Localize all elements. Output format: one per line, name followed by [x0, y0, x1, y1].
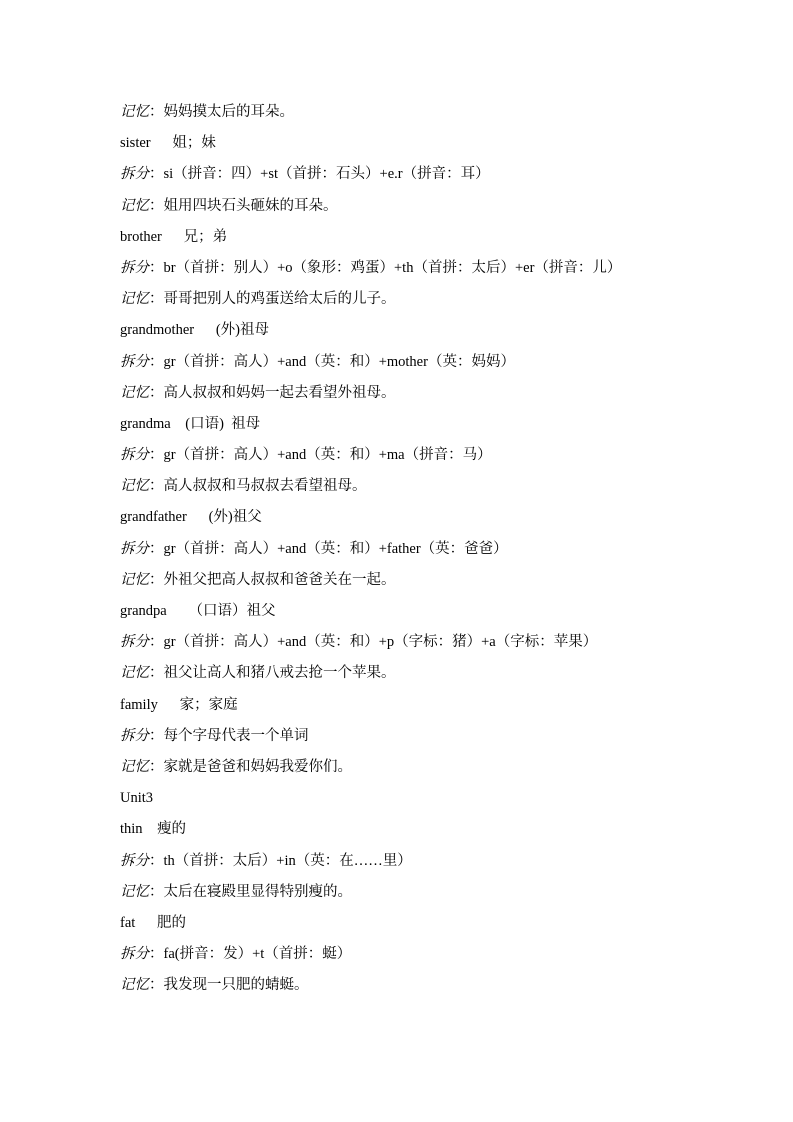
colon: ：: [149, 853, 164, 869]
vocab-word: family: [120, 694, 158, 716]
memory-label: 记忆: [120, 104, 149, 120]
split-label: 拆分: [120, 260, 149, 276]
memory-line: 记忆：家就是爸爸和妈妈我爱你们。: [120, 756, 720, 787]
colon: ：: [149, 977, 164, 993]
memory-line: 记忆：我发现一只肥的蜻蜓。: [120, 974, 720, 1005]
split-label: 拆分: [120, 541, 149, 557]
vocab-word: grandpa: [120, 600, 167, 622]
vocab-word: thin: [120, 818, 143, 840]
vocab-meaning: （口语）祖父: [188, 603, 275, 619]
split-label: 拆分: [120, 634, 149, 650]
spacer: [151, 135, 173, 151]
memory-line: 记忆：祖父让高人和猪八戒去抢一个苹果。: [120, 662, 720, 693]
memory-text: 高人叔叔和马叔叔去看望祖母。: [164, 478, 367, 494]
memory-line: 记忆：太后在寝殿里显得特别瘦的。: [120, 881, 720, 912]
colon: ：: [149, 728, 164, 744]
colon: ：: [149, 354, 164, 370]
vocab-word: sister: [120, 132, 151, 154]
split-line: 拆分：gr（首拼：高人）+and（英：和）+mother（英：妈妈）: [120, 351, 720, 382]
memory-label: 记忆: [120, 198, 149, 214]
split-label: 拆分: [120, 946, 149, 962]
spacer: [162, 229, 184, 245]
vocab-word: grandmother: [120, 319, 194, 341]
spacer: [158, 697, 180, 713]
vocab-meaning: (口语) 祖母: [185, 416, 260, 432]
split-line: 拆分：gr（首拼：高人）+and（英：和）+father（英：爸爸）: [120, 538, 720, 569]
split-text: gr（首拼：高人）+and（英：和）+ma（拼音：马）: [164, 447, 492, 463]
memory-text: 外祖父把高人叔叔和爸爸关在一起。: [164, 572, 396, 588]
colon: ：: [149, 385, 164, 401]
spacer: [135, 915, 157, 931]
colon: ：: [149, 759, 164, 775]
colon: ：: [149, 541, 164, 557]
memory-line: 记忆：高人叔叔和马叔叔去看望祖母。: [120, 475, 720, 506]
vocab-meaning: 兄；弟: [184, 229, 228, 245]
unit-heading: Unit3: [120, 787, 720, 818]
memory-line: 记忆：哥哥把别人的鸡蛋送给太后的儿子。: [120, 288, 720, 319]
vocab-word: grandma: [120, 413, 171, 435]
split-line: 拆分：th（首拼：太后）+in（英：在……里）: [120, 850, 720, 881]
split-text: th（首拼：太后）+in（英：在……里）: [164, 853, 412, 869]
split-text: gr（首拼：高人）+and（英：和）+mother（英：妈妈）: [164, 354, 515, 370]
colon: ：: [149, 447, 164, 463]
vocab-word: grandfather: [120, 506, 187, 528]
colon: ：: [149, 572, 164, 588]
memory-line: 记忆：外祖父把高人叔叔和爸爸关在一起。: [120, 569, 720, 600]
split-line: 拆分：fa(拼音：发）+t（首拼：蜓）: [120, 943, 720, 974]
colon: ：: [149, 884, 164, 900]
vocab-entry: sister 姐；妹: [120, 132, 720, 163]
memory-line: 记忆：妈妈摸太后的耳朵。: [120, 101, 720, 132]
vocab-entry: thin 瘦的: [120, 818, 720, 849]
vocab-meaning: (外)祖父: [209, 509, 262, 525]
memory-label: 记忆: [120, 291, 149, 307]
memory-text: 哥哥把别人的鸡蛋送给太后的儿子。: [164, 291, 396, 307]
split-line: 拆分：gr（首拼：高人）+and（英：和）+p（字标：猪）+a（字标：苹果）: [120, 631, 720, 662]
vocab-meaning: (外)祖母: [216, 322, 269, 338]
memory-label: 记忆: [120, 572, 149, 588]
split-text: si（拼音：四）+st（首拼：石头）+e.r（拼音：耳）: [164, 166, 490, 182]
memory-text: 太后在寝殿里显得特别瘦的。: [164, 884, 353, 900]
colon: ：: [149, 478, 164, 494]
memory-label: 记忆: [120, 385, 149, 401]
memory-text: 姐用四块石头砸妹的耳朵。: [164, 198, 338, 214]
document-page: 记忆：妈妈摸太后的耳朵。sister 姐；妹拆分：si（拼音：四）+st（首拼：…: [120, 101, 720, 1005]
split-label: 拆分: [120, 728, 149, 744]
vocab-word: fat: [120, 912, 135, 934]
vocab-meaning: 家；家庭: [180, 697, 238, 713]
spacer: [194, 322, 216, 338]
unit-title: Unit3: [120, 790, 153, 806]
memory-text: 我发现一只肥的蜻蜓。: [164, 977, 309, 993]
colon: ：: [149, 665, 164, 681]
memory-label: 记忆: [120, 759, 149, 775]
split-text: 每个字母代表一个单词: [164, 728, 309, 744]
spacer: [187, 509, 209, 525]
memory-label: 记忆: [120, 977, 149, 993]
vocab-entry: grandma (口语) 祖母: [120, 413, 720, 444]
memory-text: 家就是爸爸和妈妈我爱你们。: [164, 759, 353, 775]
vocab-meaning: 肥的: [157, 915, 186, 931]
memory-text: 妈妈摸太后的耳朵。: [164, 104, 295, 120]
split-text: gr（首拼：高人）+and（英：和）+father（英：爸爸）: [164, 541, 508, 557]
memory-label: 记忆: [120, 478, 149, 494]
colon: ：: [149, 291, 164, 307]
split-text: fa(拼音：发）+t（首拼：蜓）: [164, 946, 352, 962]
split-label: 拆分: [120, 166, 149, 182]
memory-text: 祖父让高人和猪八戒去抢一个苹果。: [164, 665, 396, 681]
vocab-entry: grandfather (外)祖父: [120, 506, 720, 537]
spacer: [167, 603, 189, 619]
split-line: 拆分：si（拼音：四）+st（首拼：石头）+e.r（拼音：耳）: [120, 163, 720, 194]
memory-label: 记忆: [120, 665, 149, 681]
vocab-entry: brother 兄；弟: [120, 226, 720, 257]
split-line: 拆分：gr（首拼：高人）+and（英：和）+ma（拼音：马）: [120, 444, 720, 475]
split-label: 拆分: [120, 354, 149, 370]
colon: ：: [149, 166, 164, 182]
colon: ：: [149, 946, 164, 962]
split-label: 拆分: [120, 853, 149, 869]
vocab-meaning: 瘦的: [157, 821, 186, 837]
vocab-entry: grandpa （口语）祖父: [120, 600, 720, 631]
spacer: [171, 416, 186, 432]
vocab-entry: grandmother (外)祖母: [120, 319, 720, 350]
vocab-meaning: 姐；妹: [172, 135, 216, 151]
colon: ：: [149, 198, 164, 214]
colon: ：: [149, 634, 164, 650]
vocab-word: brother: [120, 226, 162, 248]
memory-line: 记忆：姐用四块石头砸妹的耳朵。: [120, 195, 720, 226]
split-label: 拆分: [120, 447, 149, 463]
split-line: 拆分：每个字母代表一个单词: [120, 725, 720, 756]
split-line: 拆分：br（首拼：别人）+o（象形：鸡蛋）+th（首拼：太后）+er（拼音：儿）: [120, 257, 720, 288]
vocab-entry: family 家；家庭: [120, 694, 720, 725]
vocab-entry: fat 肥的: [120, 912, 720, 943]
split-text: br（首拼：别人）+o（象形：鸡蛋）+th（首拼：太后）+er（拼音：儿）: [164, 260, 622, 276]
spacer: [143, 821, 158, 837]
colon: ：: [149, 260, 164, 276]
memory-label: 记忆: [120, 884, 149, 900]
split-text: gr（首拼：高人）+and（英：和）+p（字标：猪）+a（字标：苹果）: [164, 634, 598, 650]
memory-text: 高人叔叔和妈妈一起去看望外祖母。: [164, 385, 396, 401]
colon: ：: [149, 104, 164, 120]
memory-line: 记忆：高人叔叔和妈妈一起去看望外祖母。: [120, 382, 720, 413]
